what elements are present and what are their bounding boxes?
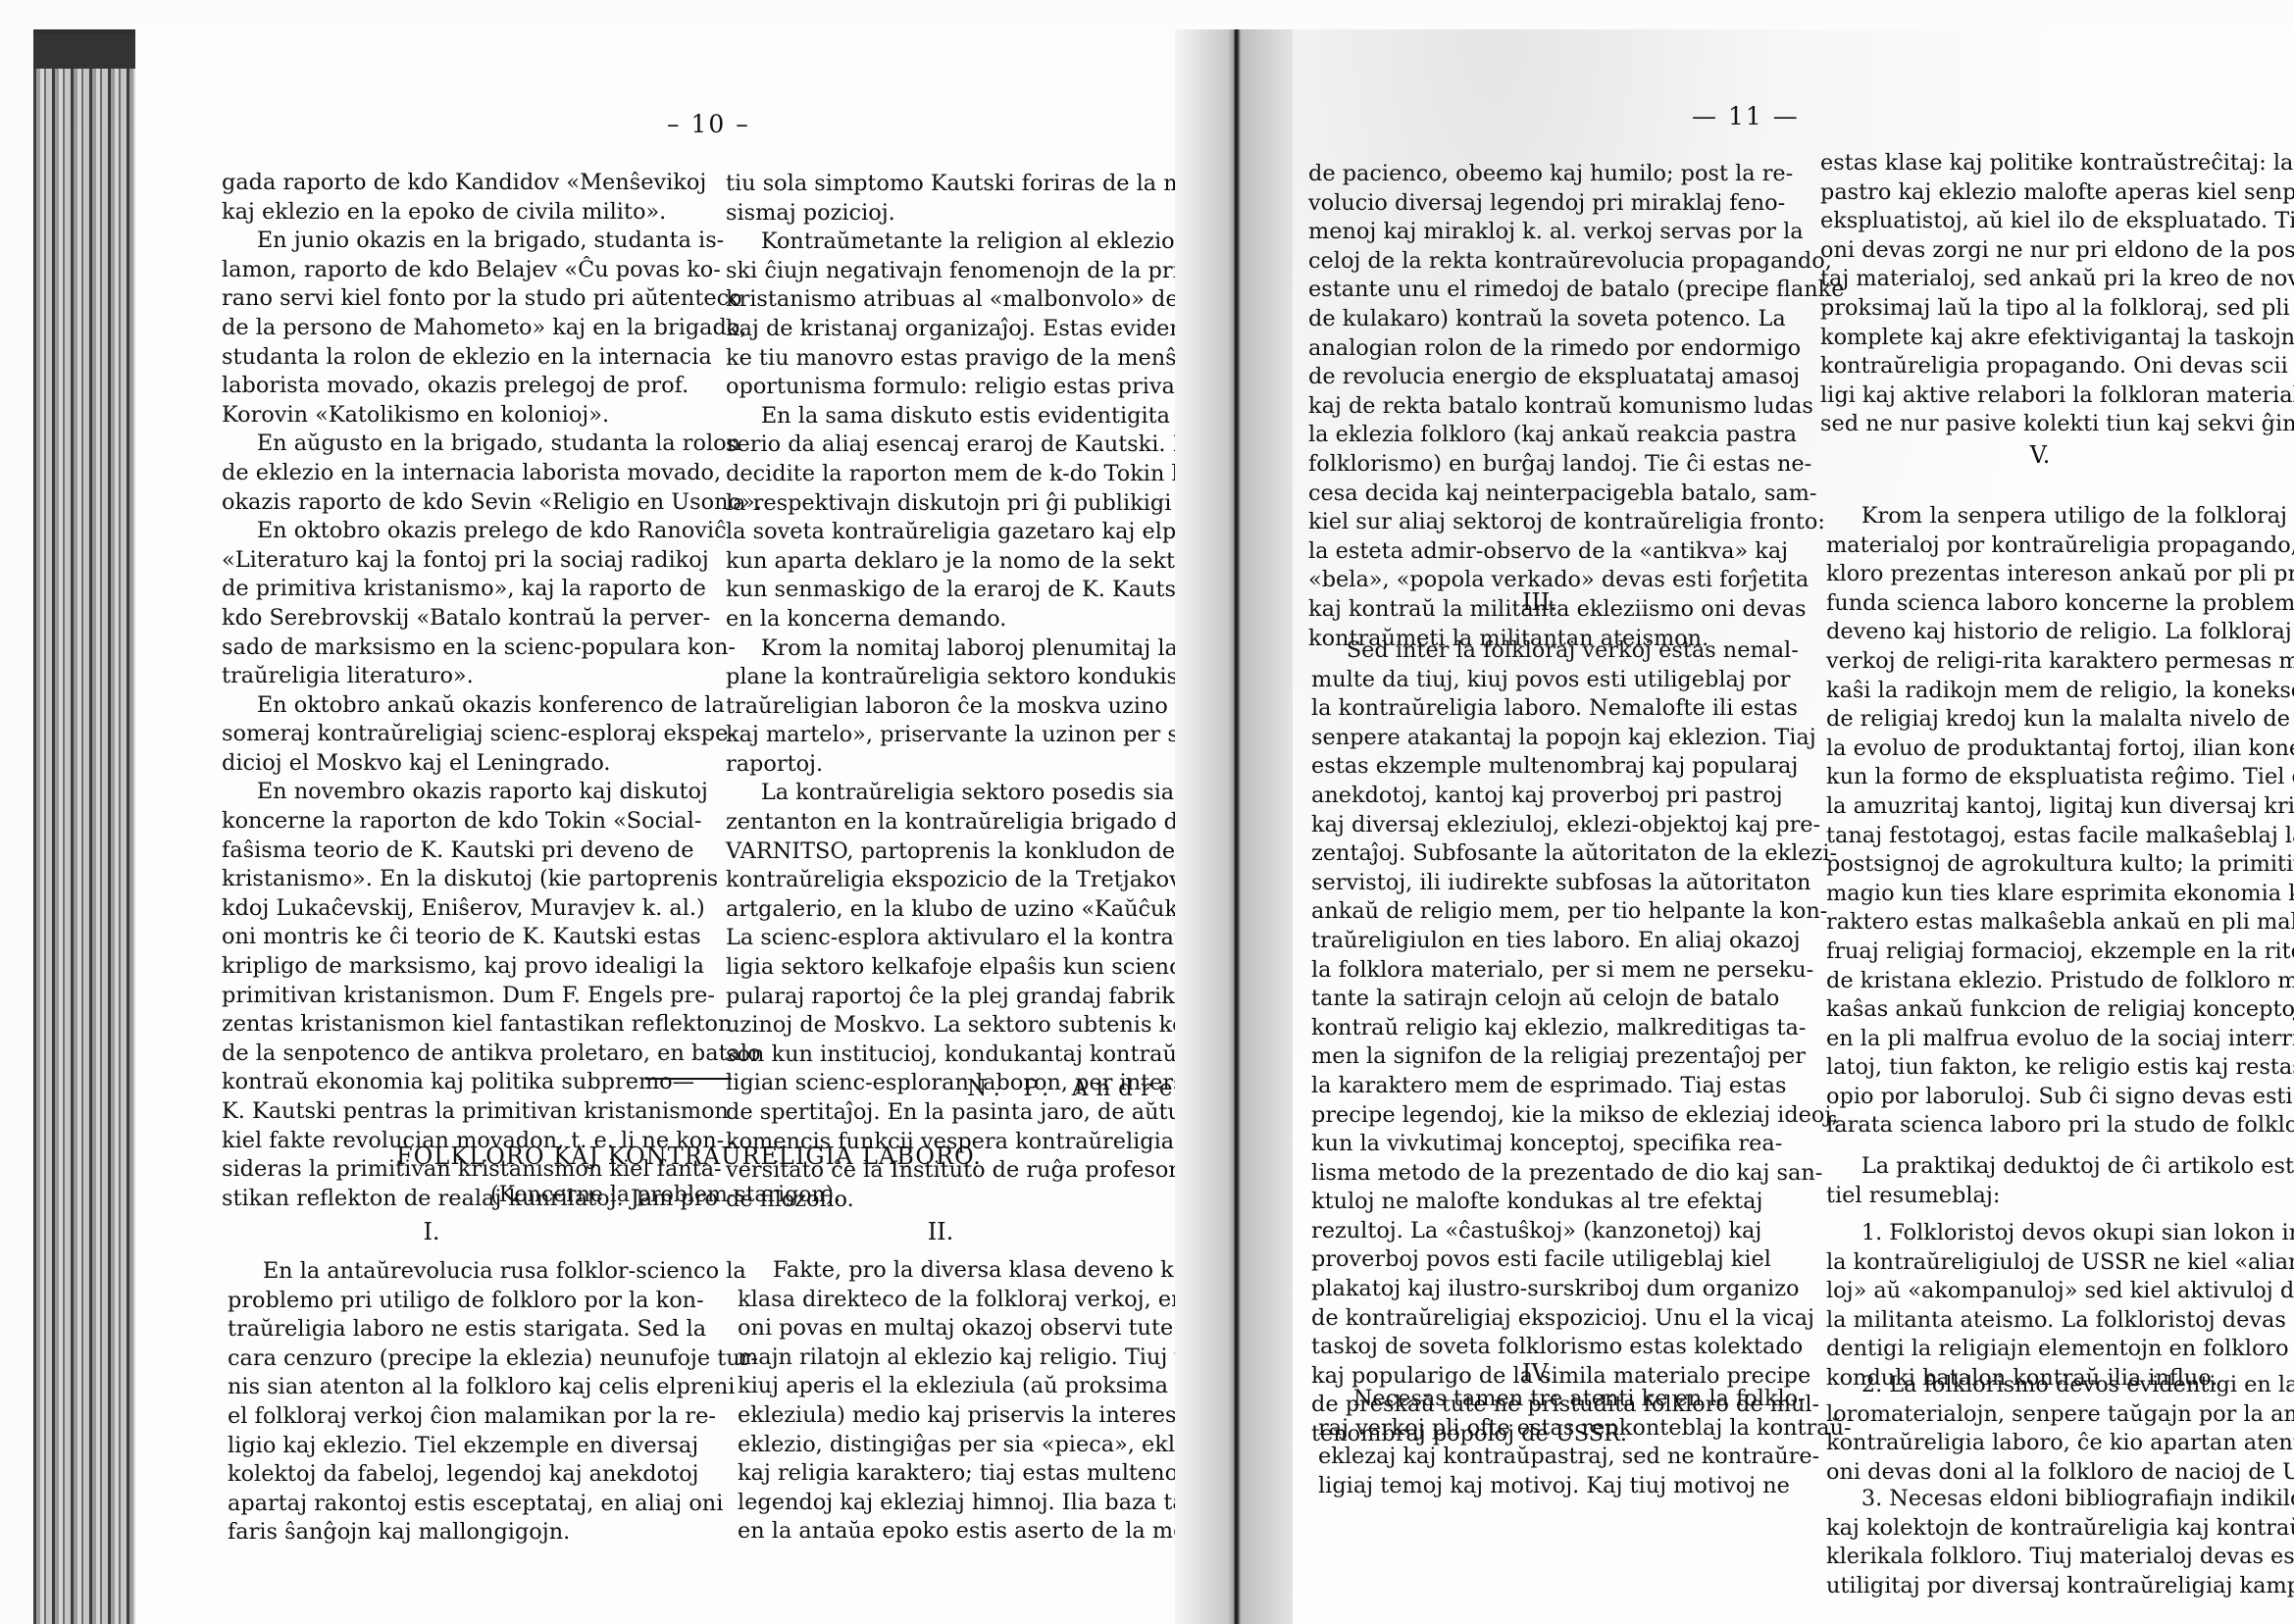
text-line: «Literaturo kaj la fontoj pri la sociaj … — [222, 546, 626, 576]
text-line: 3. Necesas eldoni bibliografiajn indikil… — [1826, 1485, 2287, 1514]
article-title: FOLKLORO KAJ KONTRAŬRELIGIA LABORO. — [396, 1142, 982, 1170]
text-line: multe da tiuj, kiuj povos esti utiligebl… — [1311, 666, 1743, 695]
text-line: kontraŭreligia ekspozicio de la Tretjako… — [726, 866, 1172, 895]
text-line: En la antaŭrevolucia rusa folklor-scienc… — [228, 1257, 614, 1287]
text-line: komplete kaj akre efektivigantaj la task… — [1820, 324, 2281, 353]
text-line: kristanismo». En la diskutoj (kie partop… — [222, 865, 626, 894]
section-heading-2: II. — [926, 1218, 955, 1245]
text-line: oni devas zorgi ne nur pri eldono de la … — [1820, 236, 2281, 266]
text-line: servistoj, ili iudirekte subfosas la aŭt… — [1311, 869, 1743, 898]
section-heading-5: V. — [2025, 441, 2055, 469]
text-line: problemo pri utiligo de folkloro por la … — [228, 1287, 614, 1316]
text-line: En la sama diskuto estis evidentigita an… — [726, 402, 1172, 431]
text-line: someraj kontraŭreligiaj scienc-esploraj … — [222, 720, 626, 749]
right-page-column-1-top: de pacienco, obeemo kaj humilo; post la … — [1308, 160, 1738, 653]
text-line: 2. La folklorismo devos evidentigi en la… — [1826, 1371, 2287, 1400]
article-section-2: Fakte, pro la diversa klasa deveno kajkl… — [738, 1256, 1175, 1547]
text-line: La praktikaj deduktoj de ĉi artikolo est… — [1826, 1152, 2287, 1182]
text-line: kontraŭreligia propagando. Oni devas sci… — [1820, 352, 2281, 381]
article-section-1: En la antaŭrevolucia rusa folklor-scienc… — [228, 1257, 614, 1548]
text-line: eklezaj kaj kontraŭpastraj, sed ne kontr… — [1318, 1443, 1744, 1472]
text-line: Krom la nomitaj laboroj plenumitaj laŭ- — [726, 634, 1172, 664]
text-line: rano servi kiel fonto por la studo pri a… — [222, 284, 626, 314]
text-line: estas ekzemple multenombraj kaj populara… — [1311, 752, 1743, 782]
left-page-column-1: gada raporto de kdo Kandidov «Menŝevikoj… — [222, 169, 626, 1213]
text-line: kaj de rekta batalo kontraŭ komunismo lu… — [1308, 392, 1738, 422]
text-line: klasa direkteco de la folkloraj verkoj, … — [738, 1286, 1175, 1315]
text-line: senpere atakantaj la popojn kaj eklezion… — [1311, 724, 1743, 753]
text-line: klerikala folkloro. Tiuj materialoj deva… — [1826, 1543, 2287, 1572]
text-line: en la antaŭa epoko estis aserto de la mo… — [738, 1517, 1175, 1547]
text-line: kdoj Lukaĉevskij, Eniŝerov, Muravjev k. … — [222, 894, 626, 924]
text-line: materialoj por kontraŭreligia propagando… — [1826, 532, 2287, 561]
text-line: postsignoj de agrokultura kulto; la prim… — [1826, 850, 2287, 880]
text-line: kun aparta deklaro je la nomo de la sekt… — [726, 547, 1172, 577]
text-line: deveno kaj historio de religio. La folkl… — [1826, 618, 2287, 647]
left-page-column-2: tiu sola simptomo Kautski foriras de la … — [726, 170, 1172, 1214]
text-line: de pacienco, obeemo kaj humilo; post la … — [1308, 160, 1738, 189]
text-line: ligio kaj eklezio. Tiel ekzemple en dive… — [228, 1432, 614, 1461]
text-line: kaj martelo», priservante la uzinon per … — [726, 721, 1172, 750]
text-line: raportoj. — [726, 750, 1172, 780]
text-line: de spertitaĵoj. En la pasinta jaro, de a… — [726, 1098, 1172, 1128]
article-subtitle: (Koncerne la problem-starigon). — [490, 1183, 841, 1207]
text-line: Necesas tamen tre atenti ke en la folklo… — [1318, 1385, 1744, 1414]
section-heading-3: III. — [1515, 588, 1564, 616]
text-line: kiel sur aliaj sektoroj de kontraŭreligi… — [1308, 508, 1738, 537]
text-line: ankaŭ de religio mem, per tio helpante l… — [1311, 897, 1743, 927]
text-line: la respektivajn diskutojn pri ĝi publiki… — [726, 489, 1172, 519]
text-line: studanta la rolon de eklezio en la inter… — [222, 343, 626, 373]
right-page-column-2-top: estas klase kaj politike kontraŭstreĉita… — [1820, 149, 2281, 439]
text-line: kontraŭreligia laboro, ĉe kio apartan at… — [1826, 1429, 2287, 1458]
text-line: de kulakaro) kontraŭ la soveta potenco. … — [1308, 305, 1738, 334]
text-line: estante unu el rimedoj de batalo (precip… — [1308, 276, 1738, 305]
text-line: traŭreligia laboro ne estis starigata. S… — [228, 1315, 614, 1345]
text-line: zentaĵoj. Subfosante la aŭtoritaton de l… — [1311, 839, 1743, 869]
text-line: lisma metodo de la prezentado de dio kaj… — [1311, 1159, 1743, 1189]
text-line: pularaj raportoj ĉe la plej grandaj fabr… — [726, 983, 1172, 1012]
article-section-3: Sed inter la folkloraj verkoj estas nema… — [1311, 636, 1743, 1449]
text-line: celoj de la rekta kontraŭrevolucia propa… — [1308, 247, 1738, 277]
text-line: En oktobro ankaŭ okazis konferenco de la — [222, 691, 626, 721]
text-line: men la signifon de la religiaj prezentaĵ… — [1311, 1042, 1743, 1072]
text-line: kun senmaskigo de la eraroj de K. Kautsk… — [726, 576, 1172, 605]
text-line: En oktobro okazis prelego de kdo Ranoviĉ — [222, 517, 626, 546]
text-line: rezultoj. La «ĉastuŝkoj» (kanzonetoj) ka… — [1311, 1217, 1743, 1246]
text-line: kun la formo de ekspluatista reĝimo. Tie… — [1826, 763, 2287, 792]
text-line: kontraŭ ekonomia kaj politika subpremo— — [222, 1068, 626, 1097]
text-line: Sed inter la folkloraj verkoj estas nema… — [1311, 636, 1743, 666]
section-heading-4: IV. — [1517, 1359, 1556, 1387]
section-divider-rule — [645, 1078, 732, 1080]
text-line: pastro kaj eklezio malofte aperas kiel s… — [1820, 178, 2281, 208]
text-line: la militanta ateismo. La folkloristoj de… — [1826, 1306, 2287, 1336]
text-line: ke tiu manovro estas pravigo de la menŝe… — [726, 344, 1172, 374]
text-line: cesa decida kaj neinterpacigebla batalo,… — [1308, 480, 1738, 509]
text-line: La scienc-esplora aktivularo el la kontr… — [726, 924, 1172, 953]
text-line: taj materialoj, sed ankaŭ pri la kreo de… — [1820, 265, 2281, 294]
text-line: tanaj festotagoj, estas facile malkaŝebl… — [1826, 822, 2287, 851]
text-line: Korovin «Katolikismo en kolonioj». — [222, 401, 626, 431]
text-line: ktuloj ne malofte kondukas al tre efekta… — [1311, 1188, 1743, 1217]
text-line: kdo Serebrovskij «Batalo kontraŭ la perv… — [222, 604, 626, 634]
text-line: koncerne la raporton de kdo Tokin «Socia… — [222, 807, 626, 837]
text-line: tiel resumeblaj: — [1826, 1182, 2287, 1211]
text-line: traŭreligian laboron ĉe la moskva uzino … — [726, 692, 1172, 722]
text-line: menoj kaj mirakloj k. al. verkoj servas … — [1308, 218, 1738, 247]
text-line: funda scienca laboro koncerne la problem… — [1826, 589, 2287, 619]
text-line: de primitiva kristanismo», kaj la raport… — [222, 575, 626, 604]
text-line: lamon, raporto de kdo Belajev «Ĉu povas … — [222, 256, 626, 285]
text-line: volucio diversaj legendoj pri miraklaj f… — [1308, 189, 1738, 219]
text-line: de kristana eklezio. Pristudo de folklor… — [1826, 967, 2287, 996]
text-line: precipe legendoj, kie la mikso de eklezi… — [1311, 1101, 1743, 1131]
text-line: plakatoj kaj ilustro-surskriboj dum orga… — [1311, 1275, 1743, 1304]
text-line: kaj religia karaktero; tiaj estas multen… — [738, 1459, 1175, 1489]
text-line: estas klase kaj politike kontraŭstreĉita… — [1820, 149, 2281, 178]
text-line: el folkloraj verkoj ĉion malamikan por l… — [228, 1402, 614, 1432]
text-line: kontraŭ religio kaj eklezio, malkreditig… — [1311, 1014, 1743, 1043]
text-line: verkoj de religi-rita karaktero permesas… — [1826, 647, 2287, 677]
text-line: La kontraŭreligia sektoro posedis sian r… — [726, 779, 1172, 808]
text-line: kun la vivkutimaj konceptoj, specifika r… — [1311, 1130, 1743, 1159]
text-line: raktero estas malkaŝebla ankaŭ en pli ma… — [1826, 908, 2287, 938]
text-line: son kun institucioj, kondukantaj kontraŭ… — [726, 1040, 1172, 1070]
text-line: magio kun ties klare esprimita ekonomia … — [1826, 880, 2287, 909]
section-heading-1: I. — [417, 1218, 446, 1245]
text-line: oni devas doni al la folkloro de nacioj … — [1826, 1458, 2287, 1488]
text-line: traŭreligiulon en ties laboro. En aliaj … — [1311, 927, 1743, 956]
text-line: majn rilatojn al eklezio kaj religio. Ti… — [738, 1344, 1175, 1373]
text-line: anekdotoj, kantoj kaj proverboj pri past… — [1311, 782, 1743, 811]
page-number-left: – 10 – — [667, 110, 750, 138]
text-line: utiligitaj por diversaj kontraŭreligiaj … — [1826, 1572, 2287, 1601]
text-line: proksimaj laŭ la tipo al la folkloraj, s… — [1820, 294, 2281, 324]
text-line: la kontraŭreligia laboro. Nemalofte ili … — [1311, 694, 1743, 724]
text-line: plane la kontraŭreligia sektoro kondukis… — [726, 663, 1172, 692]
text-line: legendoj kaj ekleziaj himnoj. Ilia baza … — [738, 1489, 1175, 1518]
text-line: opio por laboruloj. Sub ĉi signo devas e… — [1826, 1083, 2287, 1112]
article-section-4: Necesas tamen tre atenti ke en la folklo… — [1318, 1385, 1744, 1500]
text-line: loj» aŭ «akompanuloj» sed kiel aktivuloj… — [1826, 1277, 2287, 1306]
text-line: decidite la raporton mem de k-do Tokin k… — [726, 460, 1172, 489]
text-line: de kontraŭreligiaj ekspozicioj. Unu el l… — [1311, 1304, 1743, 1334]
text-line: eklezio, distingiĝas per sia «pieca», ek… — [738, 1431, 1175, 1460]
text-line: apartaj rakontoj estis esceptataj, en al… — [228, 1490, 614, 1519]
text-line: la folklora materialo, per si mem ne per… — [1311, 956, 1743, 986]
text-line: fruaj religiaj formacioj, ekzemple en la… — [1826, 938, 2287, 967]
text-line: tante la satirajn celojn aŭ celojn de ba… — [1311, 985, 1743, 1014]
text-line: primitivan kristanismon. Dum F. Engels p… — [222, 982, 626, 1011]
text-line: ekspluatistoj, aŭ kiel ilo de ekspluatad… — [1820, 207, 2281, 236]
text-line: kaŝi la radikojn mem de religio, la kone… — [1826, 677, 2287, 706]
text-line: kolektoj da fabeloj, legendoj kaj anekdo… — [228, 1460, 614, 1490]
text-line: sado de marksismo en la scienc-populara … — [222, 634, 626, 663]
text-line: artgalerio, en la klubo de uzino «Kaŭĉuk… — [726, 895, 1172, 925]
article-section-5: Krom la senpera utiligo de la folklorajm… — [1826, 502, 2287, 1141]
text-line: dentigi la religiajn elementojn en folkl… — [1826, 1335, 2287, 1364]
text-line: ligiaj temoj kaj motivoj. Kaj tiuj motiv… — [1318, 1472, 1744, 1501]
text-line: la amuzritaj kantoj, ligitaj kun diversa… — [1826, 792, 2287, 822]
text-line: cara cenzuro (precipe la eklezia) neunuf… — [228, 1345, 614, 1374]
text-line: ekleziula) medio kaj priservis la intere… — [738, 1401, 1175, 1431]
text-line: zentanton en la kontraŭreligia brigado d… — [726, 808, 1172, 837]
text-line: de revolucia energio de ekspluatataj ama… — [1308, 363, 1738, 392]
text-line: analogian rolon de la rimedo por endormi… — [1308, 334, 1738, 364]
text-line: kiuj aperis el la ekleziula (aŭ proksima… — [738, 1372, 1175, 1401]
text-line: Kontraŭmetante la religion al eklezio, K… — [726, 228, 1172, 257]
text-line: VARNITSO, partoprenis la konkludon de — [726, 837, 1172, 867]
text-line: de eklezio en la internacia laborista mo… — [222, 459, 626, 488]
text-line: ligia sektoro kelkafoje elpaŝis kun scie… — [726, 953, 1172, 983]
text-line: oportunisma formulo: religio estas priva… — [726, 373, 1172, 402]
text-line: laborista movado, okazis prelegoj de pro… — [222, 372, 626, 401]
text-line: uzinoj de Moskvo. La sektoro subtenis ko… — [726, 1011, 1172, 1040]
text-line: gada raporto de kdo Kandidov «Menŝevikoj — [222, 169, 626, 198]
text-line: farata scienca laboro pri la studo de fo… — [1826, 1111, 2287, 1141]
text-line: la eklezia folkloro (kaj ankaŭ reakcia p… — [1308, 421, 1738, 450]
text-line: loromaterialojn, senpere taŭgajn por la … — [1826, 1400, 2287, 1430]
conclusion-point-2: 2. La folklorismo devos evidentigi en la… — [1826, 1371, 2287, 1487]
text-line: folklorismo) en burĝaj landoj. Tie ĉi es… — [1308, 450, 1738, 480]
text-line: proverboj povos esti facile utiligeblaj … — [1311, 1245, 1743, 1275]
scanned-book-spread: – 10 – gada raporto de kdo Kandidov «Men… — [0, 0, 2294, 1624]
text-line: faris ŝanĝojn kaj mallongigojn. — [228, 1518, 614, 1548]
book-page-edges — [33, 29, 135, 1624]
text-line: latoj, tiun fakton, ke religio estis kaj… — [1826, 1053, 2287, 1083]
text-line: zentas kristanismon kiel fantastikan ref… — [222, 1010, 626, 1040]
text-line: nis sian atenton al la folkloro kaj celi… — [228, 1373, 614, 1402]
text-line: oni montris ke ĉi teorio de K. Kautski e… — [222, 923, 626, 952]
text-line: faŝisma teorio de K. Kautski pri deveno … — [222, 837, 626, 866]
text-line: en la pli malfrua evoluo de la sociaj in… — [1826, 1025, 2287, 1054]
text-line: K. Kautski pentras la primitivan kristan… — [222, 1097, 626, 1127]
conclusion-intro: La praktikaj deduktoj de ĉi artikolo est… — [1826, 1152, 2287, 1210]
text-line: kaj eklezio en la epoko de civila milito… — [222, 198, 626, 228]
text-line: tiu sola simptomo Kautski foriras de la … — [726, 170, 1172, 199]
text-line: dicioj el Moskvo kaj el Leningrado. — [222, 749, 626, 779]
text-line: En novembro okazis raporto kaj diskutoj — [222, 778, 626, 807]
text-line: la soveta kontraŭreligia gazetaro kaj el… — [726, 518, 1172, 547]
text-line: kaj de kristanaj organizaĵoj. Estas evid… — [726, 315, 1172, 344]
book-gutter — [1175, 29, 1293, 1624]
text-line: de la persono de Mahometo» kaj en la bri… — [222, 314, 626, 343]
text-line: la evoluo de produktantaj fortoj, ilian … — [1826, 735, 2287, 764]
text-line: kripligo de marksismo, kaj provo idealig… — [222, 952, 626, 982]
text-line: traŭreligia literaturo». — [222, 662, 626, 691]
text-line: sed ne nur pasive kolekti tiun kaj sekvi… — [1820, 410, 2281, 439]
text-line: En junio okazis en la brigado, studanta … — [222, 227, 626, 256]
text-line: kaŝas ankaŭ funkcion de religiaj koncept… — [1826, 995, 2287, 1025]
text-line: oni povas en multaj okazoj observi tute … — [738, 1314, 1175, 1344]
text-line: de la senpotenco de antikva proletaro, e… — [222, 1040, 626, 1069]
text-line: la kontraŭreligiuloj de USSR ne kiel «al… — [1826, 1248, 2287, 1278]
text-line: sismaj pozicioj. — [726, 199, 1172, 228]
text-line: En aŭgusto en la brigado, studanta la ro… — [222, 430, 626, 459]
text-line: ski ĉiujn negativajn fenomenojn de la pr… — [726, 257, 1172, 286]
text-line: de religiaj kredoj kun la malalta nivelo… — [1826, 705, 2287, 735]
text-line: taskoj de soveta folklorismo estas kolek… — [1311, 1333, 1743, 1362]
text-line: kloro prezentas intereson ankaŭ por pli … — [1826, 560, 2287, 589]
text-line: serio da aliaj esencaj eraroj de Kautski… — [726, 431, 1172, 460]
text-line: ligi kaj aktive relabori la folkloran ma… — [1820, 381, 2281, 411]
text-line: kaj kolektojn de kontraŭreligia kaj kont… — [1826, 1514, 2287, 1544]
text-line: kaj diversaj ekleziuloj, eklezi-objektoj… — [1311, 811, 1743, 840]
text-line: Fakte, pro la diversa klasa deveno kaj — [738, 1256, 1175, 1286]
text-line: okazis raporto de kdo Sevin «Religio en … — [222, 488, 626, 518]
text-line: 1. Folkloristoj devos okupi sian lokon i… — [1826, 1219, 2287, 1248]
text-line: raj verkoj pli ofte estas renkonteblaj l… — [1318, 1414, 1744, 1444]
text-line: en la koncerna demando. — [726, 605, 1172, 634]
text-line: la karaktero mem de esprimado. Tiaj esta… — [1311, 1072, 1743, 1101]
text-line: Krom la senpera utiligo de la folkloraj — [1826, 502, 2287, 532]
page-number-right: — 11 — — [1692, 102, 1800, 130]
conclusion-point-3: 3. Necesas eldoni bibliografiajn indikil… — [1826, 1485, 2287, 1600]
conclusion-point-1: 1. Folkloristoj devos okupi sian lokon i… — [1826, 1219, 2287, 1394]
text-line: kristanismo atribuas al «malbonvolo» de … — [726, 285, 1172, 315]
text-line: la esteta admir-observo de la «antikva» … — [1308, 537, 1738, 567]
